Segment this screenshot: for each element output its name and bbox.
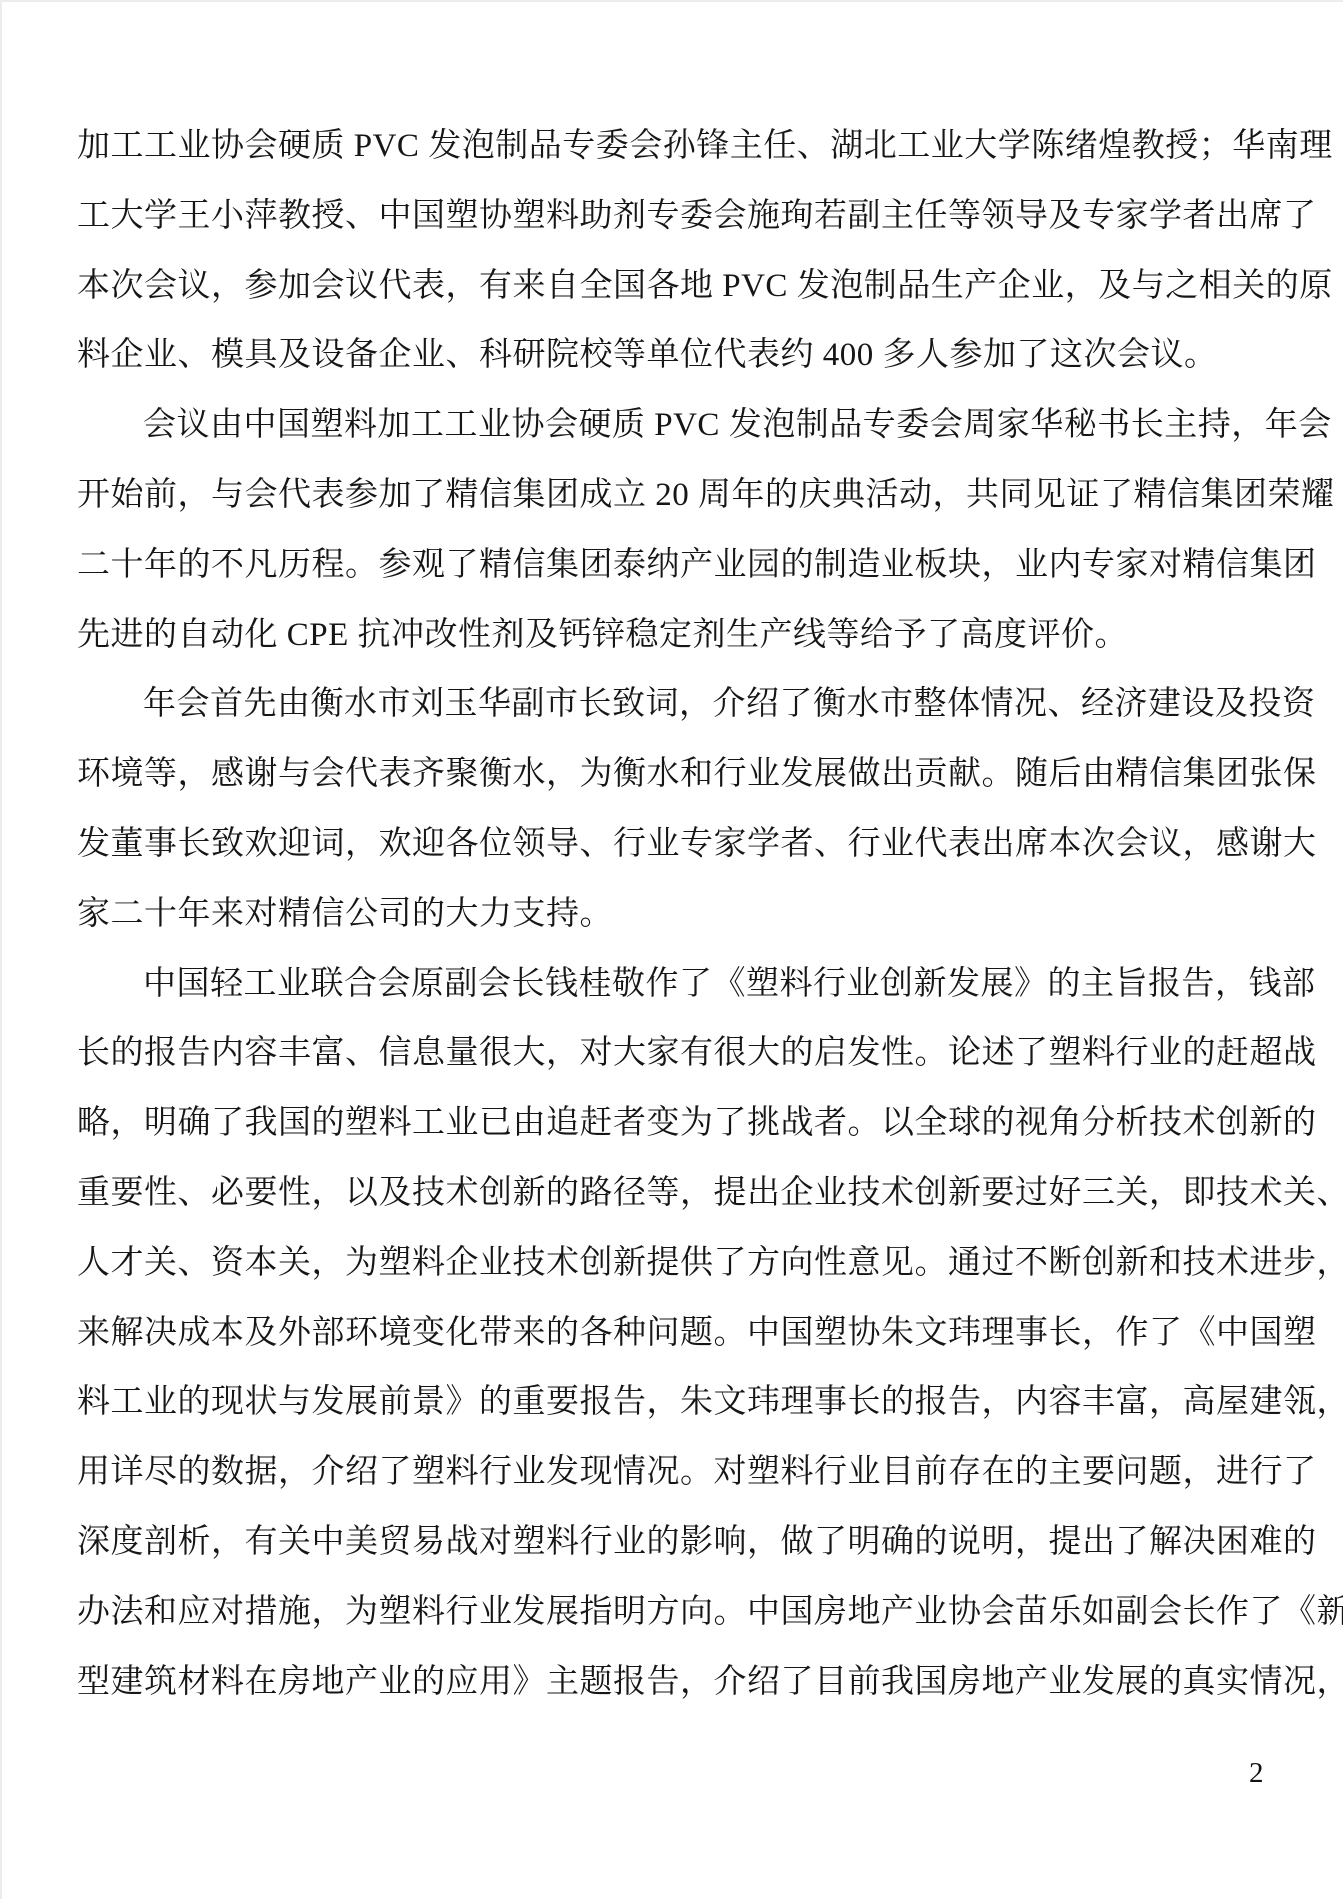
text-line: 年会首先由衡水市刘玉华副市长致词，介绍了衡水市整体情况、经济建设及投资	[77, 670, 1270, 740]
document-body: 加工工业协会硬质 PVC 发泡制品专委会孙锋主任、湖北工业大学陈绪煌教授；华南理…	[77, 112, 1270, 1717]
document-page: 加工工业协会硬质 PVC 发泡制品专委会孙锋主任、湖北工业大学陈绪煌教授；华南理…	[0, 0, 1343, 1899]
text-line: 二十年的不凡历程。参观了精信集团泰纳产业园的制造业板块，业内专家对精信集团	[77, 531, 1270, 601]
page-number: 2	[1249, 1757, 1264, 1790]
text-line: 本次会议，参加会议代表，有来自全国各地 PVC 发泡制品生产企业，及与之相关的原	[77, 252, 1270, 322]
text-line: 料工业的现状与发展前景》的重要报告，朱文玮理事长的报告，内容丰富，高屋建瓴，	[77, 1368, 1270, 1438]
text-line: 开始前，与会代表参加了精信集团成立 20 周年的庆典活动，共同见证了精信集团荣耀	[77, 461, 1270, 531]
text-line: 长的报告内容丰富、信息量很大，对大家有很大的启发性。论述了塑料行业的赶超战	[77, 1019, 1270, 1089]
text-line: 重要性、必要性，以及技术创新的路径等，提出企业技术创新要过好三关，即技术关、	[77, 1159, 1270, 1229]
text-line: 发董事长致欢迎词，欢迎各位领导、行业专家学者、行业代表出席本次会议，感谢大	[77, 810, 1270, 880]
text-line: 家二十年来对精信公司的大力支持。	[77, 880, 1270, 950]
text-line: 加工工业协会硬质 PVC 发泡制品专委会孙锋主任、湖北工业大学陈绪煌教授；华南理	[77, 112, 1270, 182]
text-line: 人才关、资本关，为塑料企业技术创新提供了方向性意见。通过不断创新和技术进步，	[77, 1229, 1270, 1299]
text-line: 型建筑材料在房地产业的应用》主题报告，介绍了目前我国房地产业发展的真实情况，	[77, 1648, 1270, 1718]
text-line: 环境等，感谢与会代表齐聚衡水，为衡水和行业发展做出贡献。随后由精信集团张保	[77, 740, 1270, 810]
text-line: 中国轻工业联合会原副会长钱桂敬作了《塑料行业创新发展》的主旨报告，钱部	[77, 950, 1270, 1020]
text-line: 深度剖析，有关中美贸易战对塑料行业的影响，做了明确的说明，提出了解决困难的	[77, 1508, 1270, 1578]
text-line: 略，明确了我国的塑料工业已由追赶者变为了挑战者。以全球的视角分析技术创新的	[77, 1089, 1270, 1159]
text-line: 会议由中国塑料加工工业协会硬质 PVC 发泡制品专委会周家华秘书长主持，年会	[77, 391, 1270, 461]
text-line: 先进的自动化 CPE 抗冲改性剂及钙锌稳定剂生产线等给予了高度评价。	[77, 601, 1270, 671]
text-line: 办法和应对措施，为塑料行业发展指明方向。中国房地产业协会苗乐如副会长作了《新	[77, 1578, 1270, 1648]
text-line: 料企业、模具及设备企业、科研院校等单位代表约 400 多人参加了这次会议。	[77, 321, 1270, 391]
text-line: 来解决成本及外部环境变化带来的各种问题。中国塑协朱文玮理事长，作了《中国塑	[77, 1299, 1270, 1369]
text-line: 用详尽的数据，介绍了塑料行业发现情况。对塑料行业目前存在的主要问题，进行了	[77, 1438, 1270, 1508]
text-line: 工大学王小萍教授、中国塑协塑料助剂专委会施珣若副主任等领导及专家学者出席了	[77, 182, 1270, 252]
